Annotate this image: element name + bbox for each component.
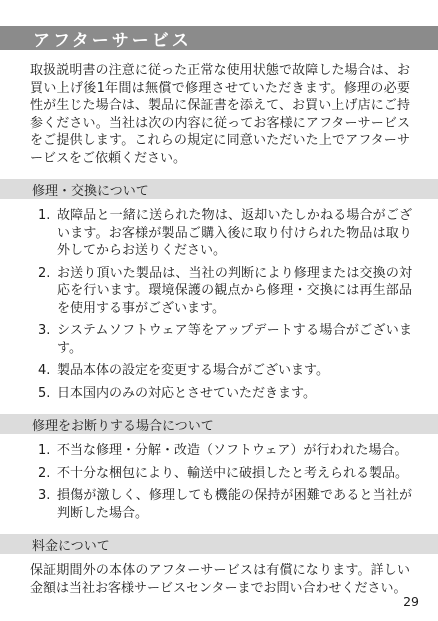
list-item-text: 故障品と一緒に送られた物は、返却いたしかねる場合がございます。お客様が製品ご購入…	[57, 207, 412, 260]
section-heading-repair-refusal: 修理をお断りする場合について	[0, 414, 438, 434]
list-item-number: 1.	[38, 207, 57, 260]
list-item: 1. 故障品と一緒に送られた物は、返却いたしかねる場合がございます。お客様が製品…	[38, 207, 412, 260]
list-item-text: お送り頂いた製品は、当社の判断により修理または交換の対応を行います。環境保護の観…	[57, 265, 412, 318]
page-title-banner: アフターサービス	[0, 26, 438, 50]
section-repair-refusal: 修理をお断りする場合について 1. 不当な修理・分解・改造（ソフトウェア）が行わ…	[0, 414, 438, 522]
repair-refusal-list: 1. 不当な修理・分解・改造（ソフトウェア）が行われた場合。 2. 不十分な梱包…	[38, 442, 412, 522]
repair-exchange-list: 1. 故障品と一緒に送られた物は、返却いたしかねる場合がございます。お客様が製品…	[38, 207, 412, 402]
list-item-number: 2.	[38, 465, 57, 483]
section-heading-label: 修理・交換について	[32, 180, 149, 199]
list-item: 2. お送り頂いた製品は、当社の判断により修理または交換の対応を行います。環境保…	[38, 265, 412, 318]
list-item-number: 3.	[38, 487, 57, 522]
list-item-text: システムソフトウェア等をアップデートする場合がございます。	[57, 322, 412, 357]
list-item-number: 1.	[38, 442, 57, 460]
fees-paragraph: 保証期間外の本体のアフターサービスは有償になります。詳しい金額は当社お客様サービ…	[30, 562, 410, 597]
list-item-number: 4.	[38, 362, 57, 380]
list-item-text: 製品本体の設定を変更する場合がございます。	[57, 362, 412, 380]
list-item-text: 損傷が激しく、修理しても機能の保持が困難であると当社が判断した場合。	[57, 487, 412, 522]
section-heading-label: 修理をお断りする場合について	[32, 415, 214, 434]
list-item: 3. システムソフトウェア等をアップデートする場合がございます。	[38, 322, 412, 357]
list-item-number: 5.	[38, 385, 57, 403]
intro-paragraph: 取扱説明書の注意に従った正常な使用状態で故障した場合は、お買い上げ後1年間は無償…	[30, 62, 410, 167]
list-item-number: 2.	[38, 265, 57, 318]
page-title: アフターサービス	[33, 26, 192, 51]
list-item-text: 日本国内のみの対応とさせていただきます。	[57, 385, 412, 403]
section-heading-label: 料金について	[32, 535, 110, 554]
list-item: 2. 不十分な梱包により、輸送中に破損したと考えられる製品。	[38, 465, 412, 483]
list-item: 1. 不当な修理・分解・改造（ソフトウェア）が行われた場合。	[38, 442, 412, 460]
section-heading-fees: 料金について	[0, 534, 438, 554]
section-repair-exchange: 修理・交換について 1. 故障品と一緒に送られた物は、返却いたしかねる場合がござ…	[0, 179, 438, 402]
list-item: 5. 日本国内のみの対応とさせていただきます。	[38, 385, 412, 403]
list-item-text: 不十分な梱包により、輸送中に破損したと考えられる製品。	[57, 465, 412, 483]
page-number: 29	[403, 594, 419, 609]
manual-page: アフターサービス 取扱説明書の注意に従った正常な使用状態で故障した場合は、お買い…	[0, 0, 438, 621]
list-item-number: 3.	[38, 322, 57, 357]
section-fees: 料金について 保証期間外の本体のアフターサービスは有償になります。詳しい金額は当…	[0, 534, 438, 597]
list-item: 3. 損傷が激しく、修理しても機能の保持が困難であると当社が判断した場合。	[38, 487, 412, 522]
section-heading-repair-exchange: 修理・交換について	[0, 179, 438, 199]
list-item: 4. 製品本体の設定を変更する場合がございます。	[38, 362, 412, 380]
list-item-text: 不当な修理・分解・改造（ソフトウェア）が行われた場合。	[57, 442, 412, 460]
